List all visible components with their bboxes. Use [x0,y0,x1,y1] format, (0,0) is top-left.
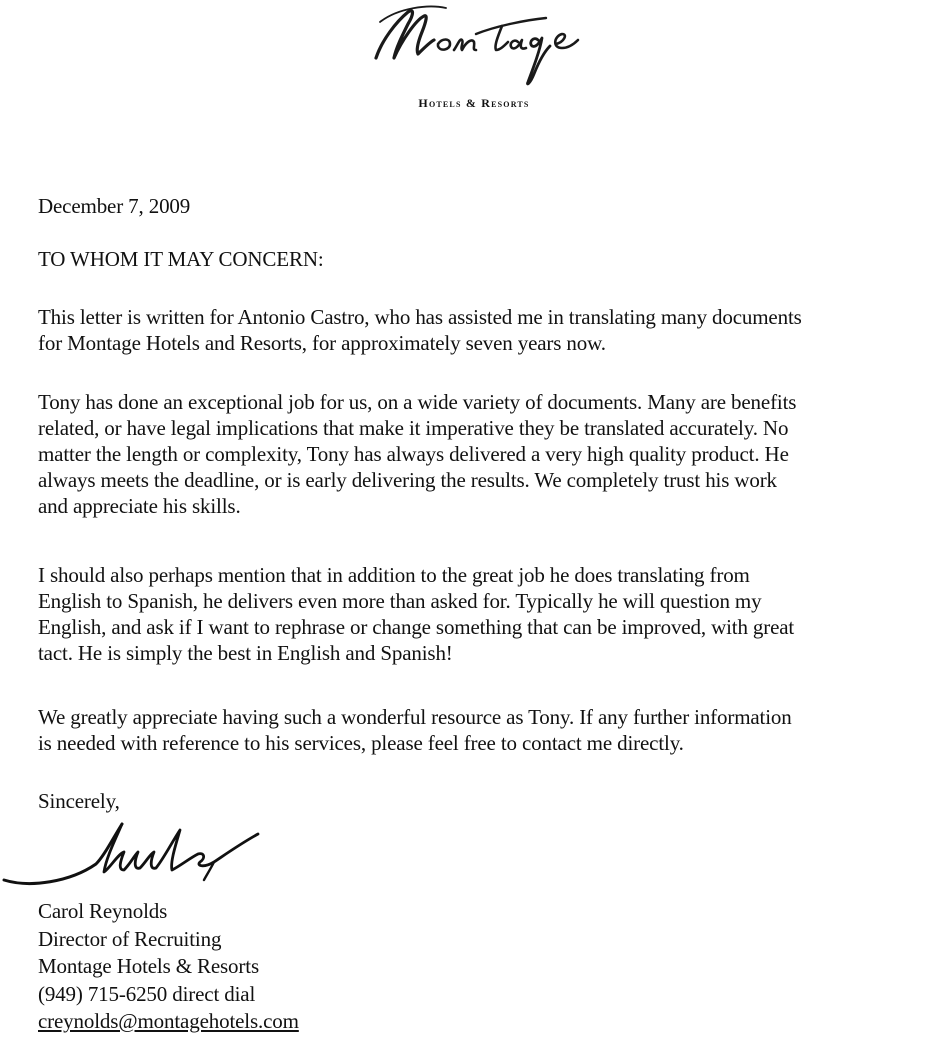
paragraph-line: is needed with reference to his services… [38,730,792,756]
paragraph-2: Tony has done an exceptional job for us,… [38,389,796,519]
paragraph-4: We greatly appreciate having such a wond… [38,704,792,756]
paragraph-line: for Montage Hotels and Resorts, for appr… [38,330,802,356]
letterhead-subtitle: Hotels & Resorts [0,96,948,111]
signature-block: Carol Reynolds Director of Recruiting Mo… [38,898,299,1036]
paragraph-line: related, or have legal implications that… [38,415,796,441]
signer-email-link[interactable]: creynolds@montagehotels.com [38,1008,299,1036]
paragraph-line: always meets the deadline, or is early d… [38,467,796,493]
paragraph-line: This letter is written for Antonio Castr… [38,304,802,330]
montage-script-logo-icon [368,0,608,90]
signer-company: Montage Hotels & Resorts [38,953,299,981]
letter-date: December 7, 2009 [38,193,190,219]
paragraph-line: I should also perhaps mention that in ad… [38,562,794,588]
paragraph-3: I should also perhaps mention that in ad… [38,562,794,666]
paragraph-line: English to Spanish, he delivers even mor… [38,588,794,614]
paragraph-line: and appreciate his skills. [38,493,796,519]
closing: Sincerely, [38,788,120,814]
signer-title: Director of Recruiting [38,926,299,954]
paragraph-line: Tony has done an exceptional job for us,… [38,389,796,415]
paragraph-1: This letter is written for Antonio Castr… [38,304,802,356]
signer-phone: (949) 715-6250 direct dial [38,981,299,1009]
signer-name: Carol Reynolds [38,898,299,926]
paragraph-line: matter the length or complexity, Tony ha… [38,441,796,467]
paragraph-line: English, and ask if I want to rephrase o… [38,614,794,640]
salutation: TO WHOM IT MAY CONCERN: [38,246,324,272]
paragraph-line: tact. He is simply the best in English a… [38,640,794,666]
letterhead: Hotels & Resorts [0,0,948,120]
paragraph-line: We greatly appreciate having such a wond… [38,704,792,730]
handwritten-signature-icon [0,818,290,898]
